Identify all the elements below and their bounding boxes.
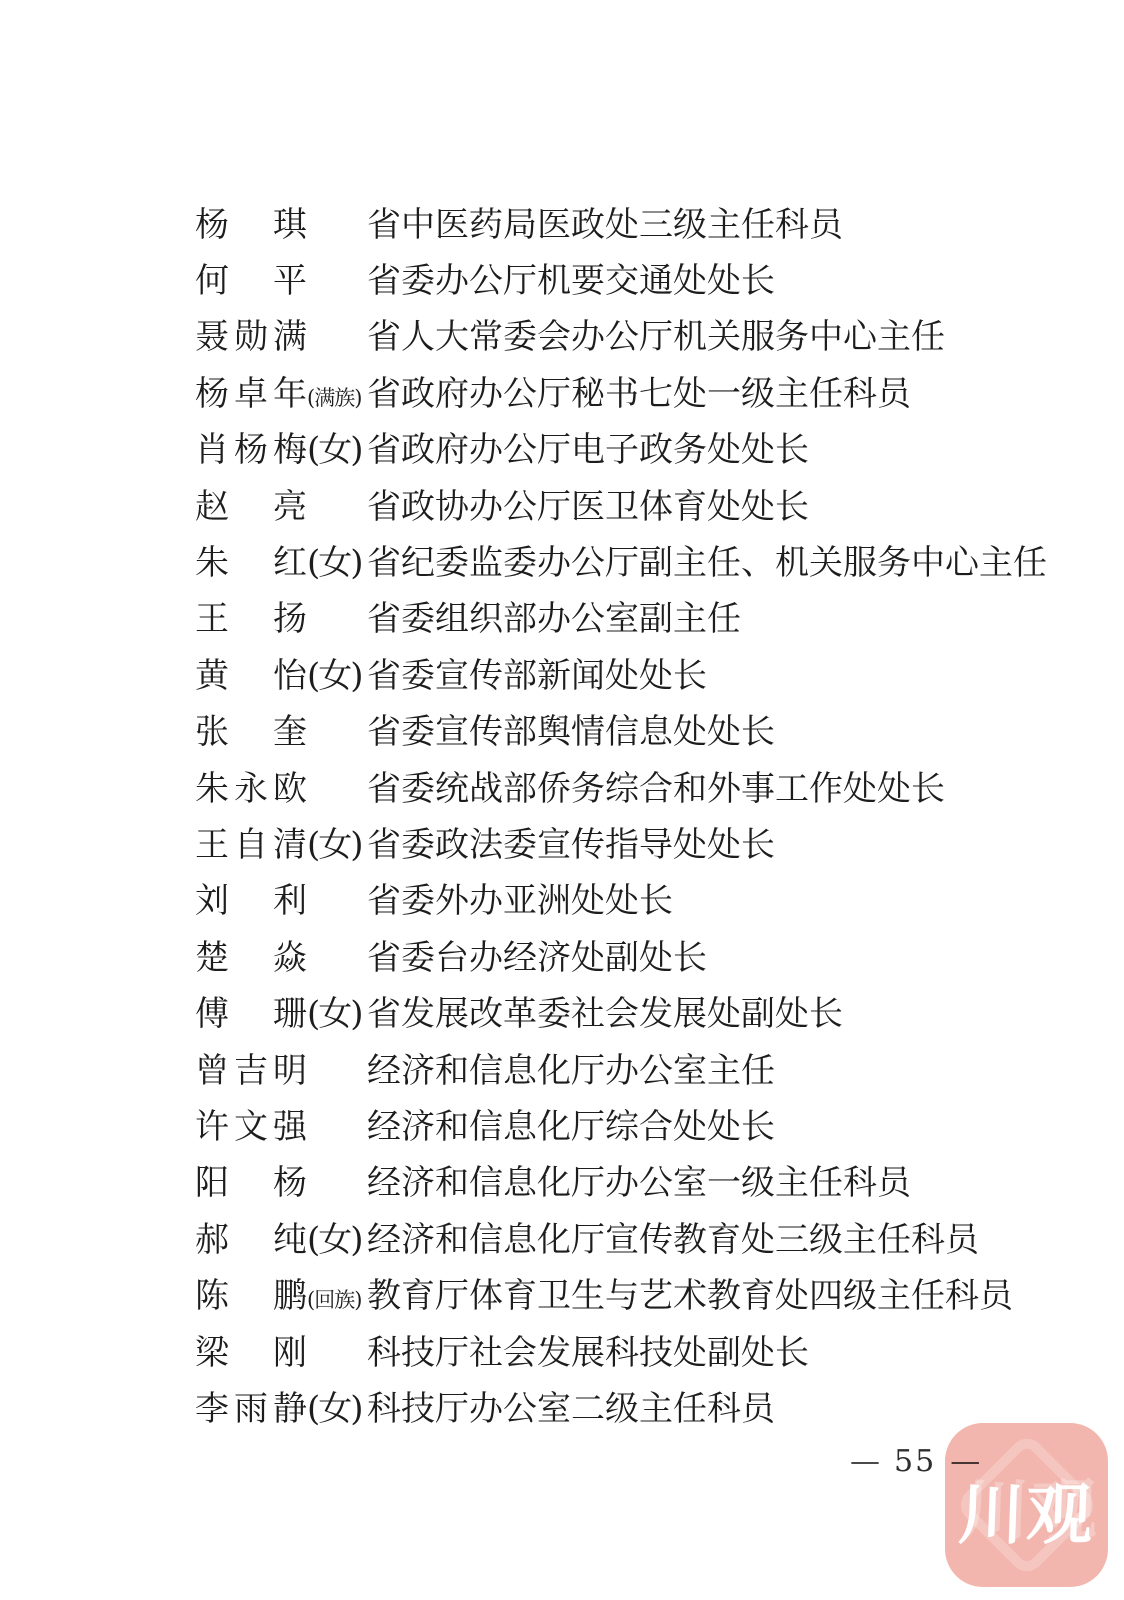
person-name-cell: 朱红 (女) [195, 535, 367, 584]
roster-row: 王扬 省委组织部办公室副主任 [195, 588, 1095, 644]
roster-row: 朱永欧 省委统战部侨务综合和外事工作处处长 [195, 757, 1095, 813]
person-name-cell: 聂勋满 [195, 309, 367, 358]
person-name: 许文强 [195, 1099, 307, 1148]
person-name: 聂勋满 [195, 309, 307, 358]
roster-row: 张奎 省委宣传部舆情信息处处长 [195, 701, 1095, 757]
roster-row: 傅珊 (女) 省发展改革委社会发展处副处长 [195, 982, 1095, 1038]
roster-row: 聂勋满 省人大常委会办公厅机关服务中心主任 [195, 306, 1095, 362]
person-position: 省委统战部侨务综合和外事工作处处长 [367, 761, 945, 810]
person-note: (女) [307, 817, 362, 866]
person-position: 省委宣传部舆情信息处处长 [367, 704, 775, 753]
person-note: (女) [307, 1381, 362, 1430]
person-name-cell: 梁刚 [195, 1325, 367, 1374]
person-position: 省委组织部办公室副主任 [367, 591, 741, 640]
person-position: 省委台办经济处副处长 [367, 930, 707, 979]
roster-row: 李雨静 (女) 科技厅办公室二级主任科员 [195, 1377, 1095, 1433]
person-name-cell: 王扬 [195, 591, 367, 640]
person-name: 刘利 [195, 873, 307, 922]
person-position: 省委政法委宣传指导处处长 [367, 817, 775, 866]
person-name: 阳杨 [195, 1155, 307, 1204]
person-note: (女) [307, 422, 362, 471]
person-position: 科技厅社会发展科技处副处长 [367, 1325, 809, 1374]
person-note: (女) [307, 648, 362, 697]
person-position: 省委宣传部新闻处处长 [367, 648, 707, 697]
person-position: 省中医药局医政处三级主任科员 [367, 197, 843, 246]
person-position: 经济和信息化厅综合处处长 [367, 1099, 775, 1148]
roster-row: 许文强 经济和信息化厅综合处处长 [195, 1095, 1095, 1151]
roster-row: 黄怡 (女) 省委宣传部新闻处处长 [195, 644, 1095, 700]
person-name: 梁刚 [195, 1325, 307, 1374]
person-position: 省政府办公厅秘书七处一级主任科员 [367, 366, 911, 415]
person-name-cell: 杨卓年 (满族) [195, 366, 367, 415]
roster-row: 杨琪 省中医药局医政处三级主任科员 [195, 193, 1095, 249]
person-name-cell: 陈鹏 (回族) [195, 1268, 367, 1317]
person-name: 李雨静 [195, 1381, 307, 1430]
roster-row: 梁刚 科技厅社会发展科技处副处长 [195, 1321, 1095, 1377]
person-name: 陈鹏 [195, 1268, 307, 1317]
chuanguan-watermark-logo: 川观 [945, 1423, 1108, 1587]
roster-row: 何平 省委办公厅机要交通处处长 [195, 249, 1095, 305]
person-name-cell: 李雨静 (女) [195, 1381, 367, 1430]
person-position: 省政协办公厅医卫体育处处长 [367, 479, 809, 528]
person-name: 郝纯 [195, 1212, 307, 1261]
person-name: 傅珊 [195, 986, 307, 1035]
person-position: 经济和信息化厅办公室主任 [367, 1043, 775, 1092]
person-name-cell: 郝纯 (女) [195, 1212, 367, 1261]
roster: 杨琪 省中医药局医政处三级主任科员 何平 省委办公厅机要交通处处长 聂勋满 省人… [195, 193, 1095, 1434]
roster-row: 王自清 (女) 省委政法委宣传指导处处长 [195, 813, 1095, 869]
roster-row: 曾吉明 经济和信息化厅办公室主任 [195, 1039, 1095, 1095]
person-name-cell: 杨琪 [195, 197, 367, 246]
person-name-cell: 朱永欧 [195, 761, 367, 810]
person-name: 何平 [195, 253, 307, 302]
page-number: 55 [894, 1444, 936, 1479]
person-name: 肖杨梅 [195, 422, 307, 471]
person-position: 经济和信息化厅办公室一级主任科员 [367, 1155, 911, 1204]
person-position: 科技厅办公室二级主任科员 [367, 1381, 775, 1430]
person-position: 省政府办公厅电子政务处处长 [367, 422, 809, 471]
document-page: 杨琪 省中医药局医政处三级主任科员 何平 省委办公厅机要交通处处长 聂勋满 省人… [0, 0, 1124, 1600]
person-name: 楚焱 [195, 930, 307, 979]
person-note: (回族) [307, 1284, 361, 1314]
chuanguan-logo-text: 川观 [945, 1461, 1108, 1556]
person-name-cell: 赵亮 [195, 479, 367, 528]
person-position: 省委办公厅机要交通处处长 [367, 253, 775, 302]
footer-dash-left: — [850, 1444, 880, 1479]
person-name-cell: 傅珊 (女) [195, 986, 367, 1035]
person-name-cell: 刘利 [195, 873, 367, 922]
person-position: 教育厅体育卫生与艺术教育处四级主任科员 [367, 1268, 1013, 1317]
person-name: 朱红 [195, 535, 307, 584]
person-position: 省纪委监委办公厅副主任、机关服务中心主任 [367, 535, 1047, 584]
person-note: (女) [307, 986, 362, 1035]
roster-row: 肖杨梅 (女) 省政府办公厅电子政务处处长 [195, 419, 1095, 475]
roster-row: 赵亮 省政协办公厅医卫体育处处长 [195, 475, 1095, 531]
roster-row: 杨卓年 (满族) 省政府办公厅秘书七处一级主任科员 [195, 362, 1095, 418]
person-name: 王自清 [195, 817, 307, 866]
person-name: 曾吉明 [195, 1043, 307, 1092]
person-name-cell: 何平 [195, 253, 367, 302]
person-name: 朱永欧 [195, 761, 307, 810]
person-position: 省委外办亚洲处处长 [367, 873, 673, 922]
person-name: 张奎 [195, 704, 307, 753]
roster-row: 朱红 (女) 省纪委监委办公厅副主任、机关服务中心主任 [195, 531, 1095, 587]
person-name: 赵亮 [195, 479, 307, 528]
person-name-cell: 楚焱 [195, 930, 367, 979]
person-name: 杨卓年 [195, 366, 307, 415]
person-name-cell: 张奎 [195, 704, 367, 753]
person-name: 王扬 [195, 591, 307, 640]
person-name-cell: 曾吉明 [195, 1043, 367, 1092]
roster-row: 陈鹏 (回族) 教育厅体育卫生与艺术教育处四级主任科员 [195, 1264, 1095, 1320]
person-position: 经济和信息化厅宣传教育处三级主任科员 [367, 1212, 979, 1261]
person-name-cell: 肖杨梅 (女) [195, 422, 367, 471]
person-position: 省发展改革委社会发展处副处长 [367, 986, 843, 1035]
person-note: (女) [307, 535, 362, 584]
roster-row: 阳杨 经济和信息化厅办公室一级主任科员 [195, 1152, 1095, 1208]
person-position: 省人大常委会办公厅机关服务中心主任 [367, 309, 945, 358]
person-name: 黄怡 [195, 648, 307, 697]
roster-row: 郝纯 (女) 经济和信息化厅宣传教育处三级主任科员 [195, 1208, 1095, 1264]
person-name-cell: 黄怡 (女) [195, 648, 367, 697]
person-name-cell: 王自清 (女) [195, 817, 367, 866]
person-note: (女) [307, 1212, 362, 1261]
person-note: (满族) [307, 382, 361, 412]
person-name-cell: 许文强 [195, 1099, 367, 1148]
roster-row: 刘利 省委外办亚洲处处长 [195, 870, 1095, 926]
person-name-cell: 阳杨 [195, 1155, 367, 1204]
person-name: 杨琪 [195, 197, 307, 246]
roster-row: 楚焱 省委台办经济处副处长 [195, 926, 1095, 982]
